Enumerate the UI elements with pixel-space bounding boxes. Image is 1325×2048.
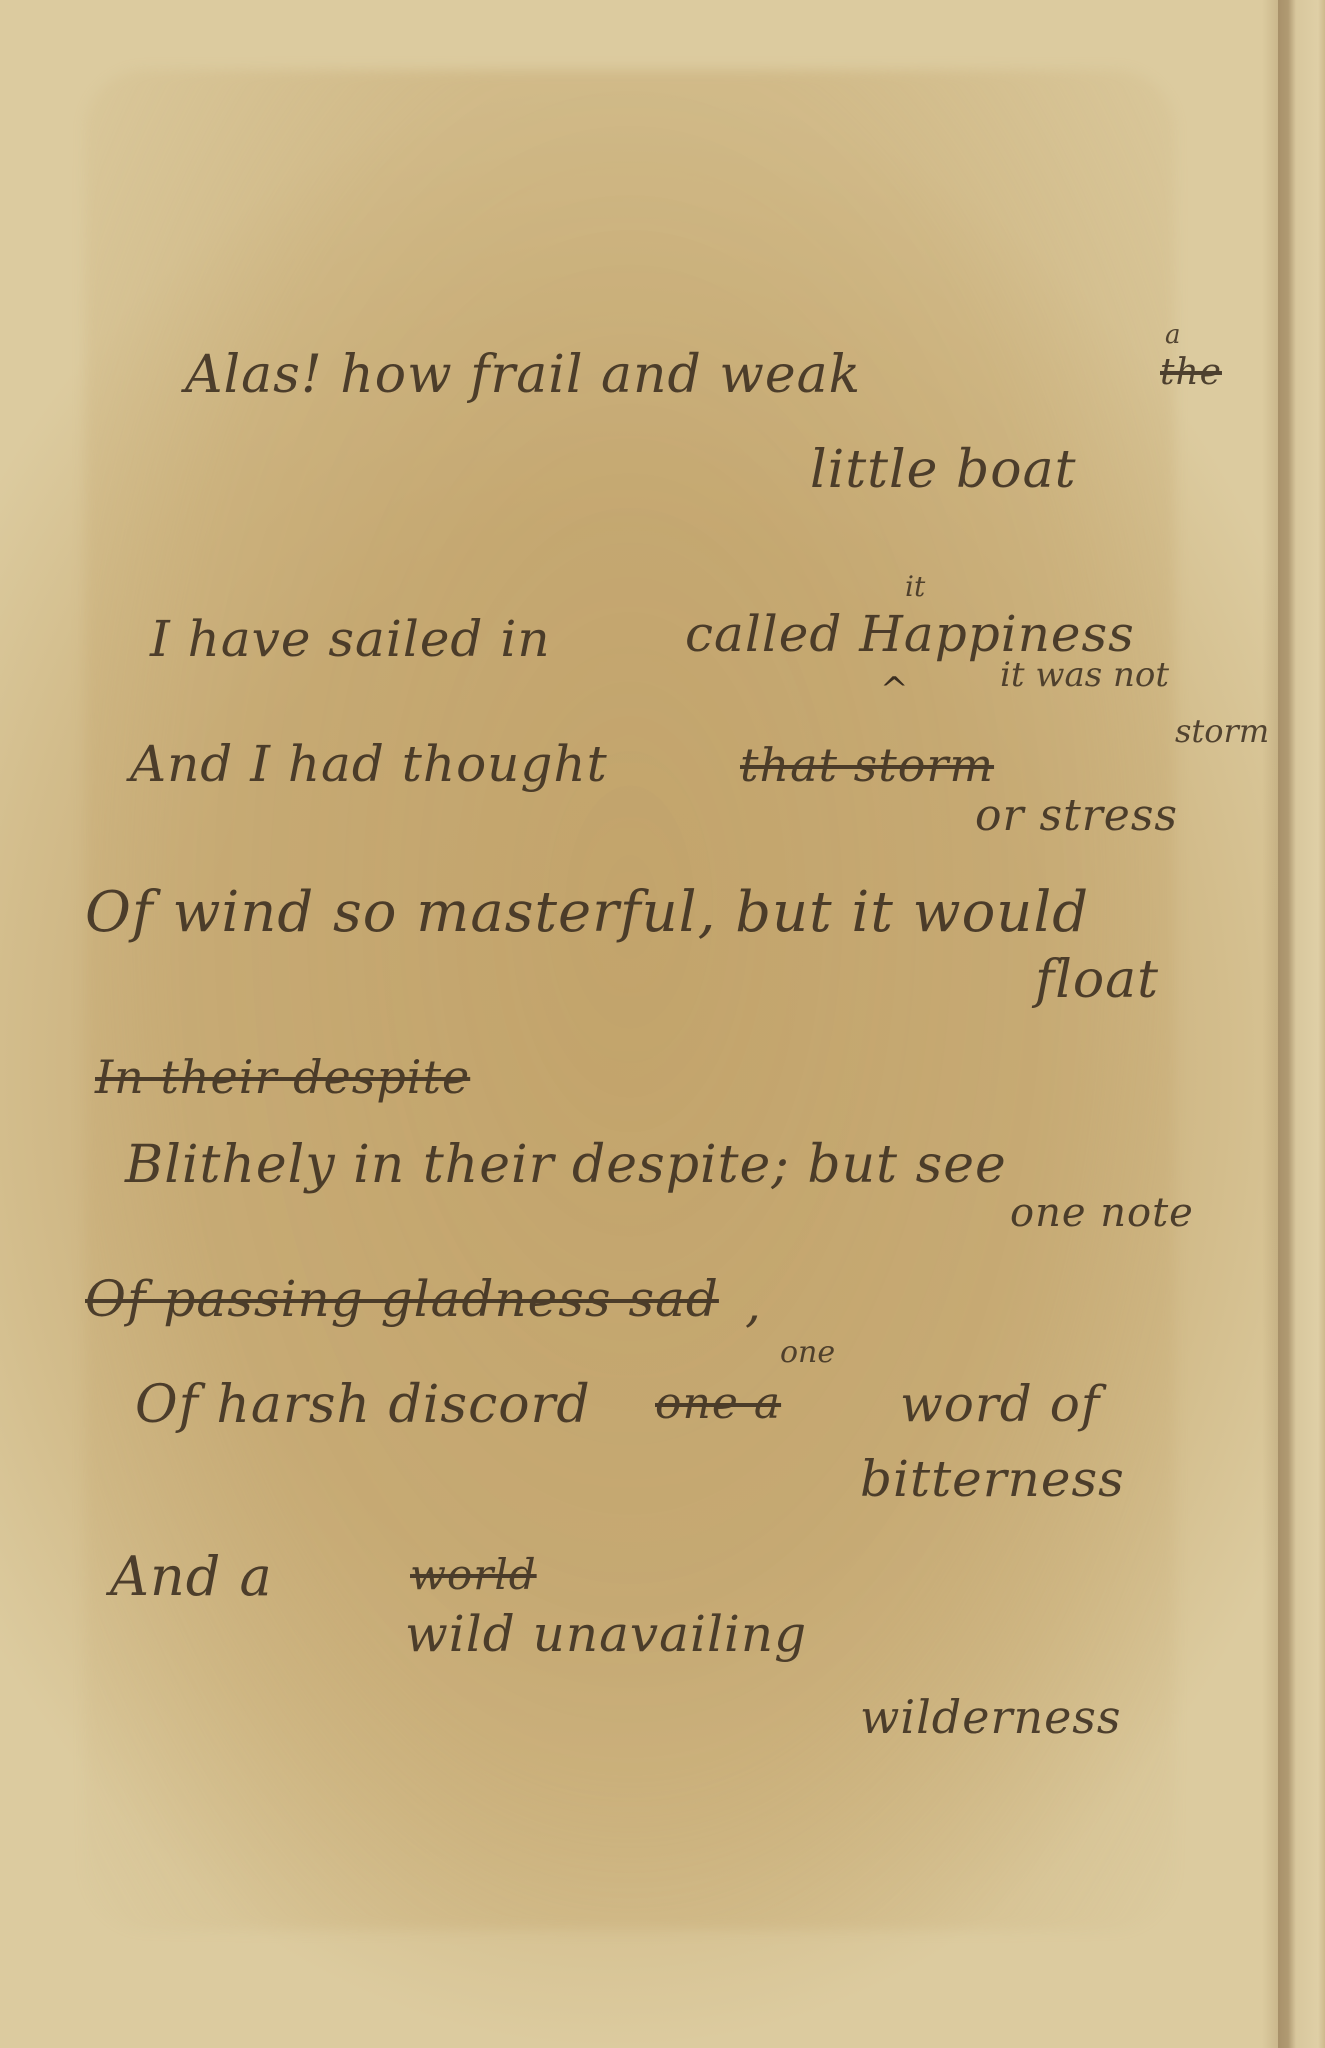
line-4-main: Of wind so masterful, but it would [85,880,1089,945]
line-8-main: Of harsh discord [135,1375,591,1435]
line-7-punct: , [745,1275,762,1333]
line-8-insert: one [780,1335,835,1370]
fold-shadow [1262,0,1278,2048]
line-6-main: Blithely in their despite; but see [125,1135,1007,1195]
line-8-continuation: bitterness [860,1450,1125,1508]
line-2-insert: it [905,570,925,603]
line-9-struck: world [410,1550,537,1599]
line-1-struck: the [1160,352,1222,393]
line-9-rest: wild unavailing [405,1605,807,1663]
line-1-main: Alas! how frail and weak [185,345,861,405]
line-9-main: And a [110,1545,273,1608]
book-spine-edge [1278,0,1325,2048]
line-9-continuation: wilderness [860,1690,1122,1744]
insertion-caret: ^ [880,670,909,710]
line-8-struck: one a [655,1378,781,1429]
line-2-main: I have sailed in [150,610,551,668]
line-5-struck-line: In their despite [95,1050,470,1104]
line-1-continuation: little boat [810,440,1076,500]
line-3-insert: it was not [1000,655,1169,695]
line-7-struck-line: Of passing gladness sad [85,1270,719,1328]
line-3-continuation: or stress [975,790,1178,841]
line-3-main: And I had thought [130,735,608,793]
line-1-insert: a [1165,320,1181,350]
line-3-rest: storm [1175,712,1269,750]
line-3-struck: that storm [740,738,994,792]
line-4-continuation: float [1035,950,1159,1010]
line-6-continuation: one note [1010,1190,1194,1236]
line-8-rest: word of [900,1375,1100,1433]
